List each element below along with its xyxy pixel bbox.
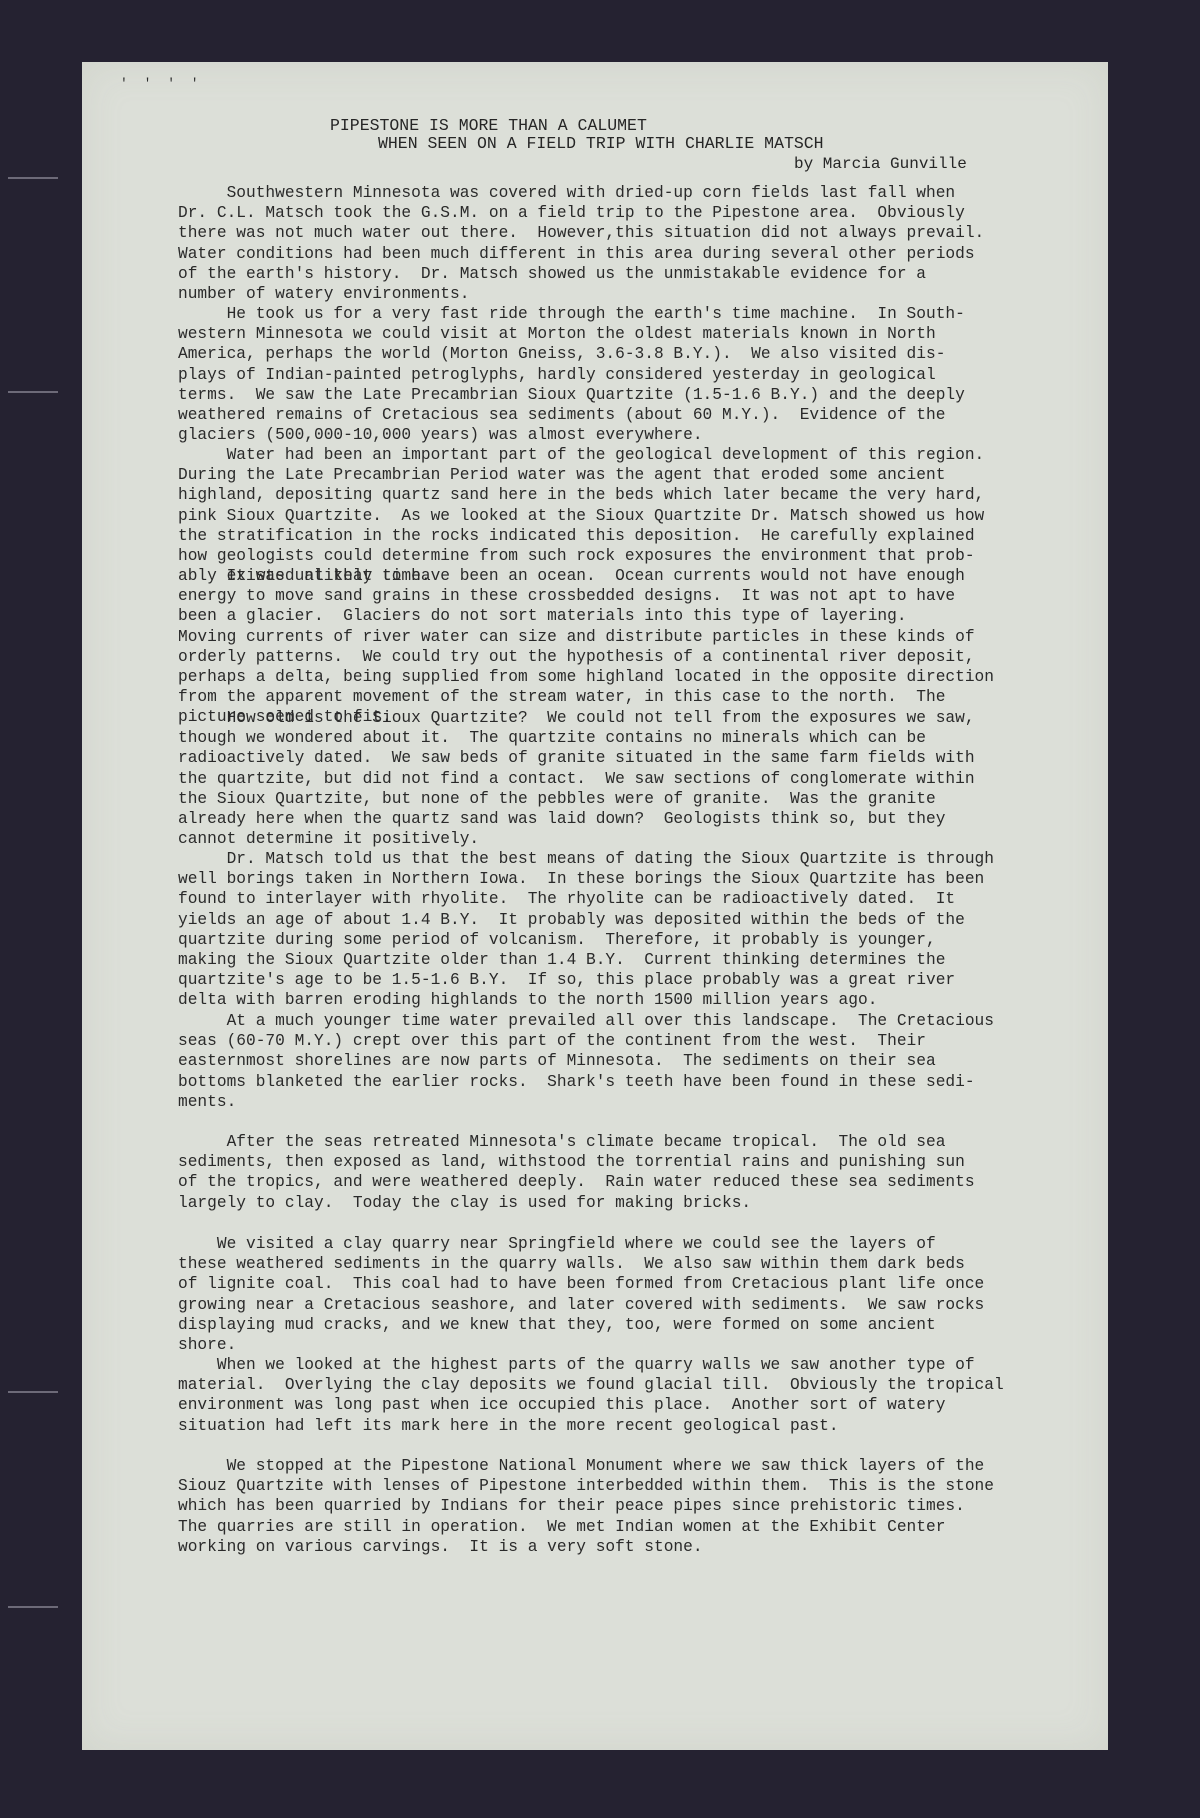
paragraph-line: Water had been an important part of the …: [178, 445, 984, 465]
paragraph-line: the stratification in the rocks indicate…: [178, 526, 975, 546]
paragraph-line: of the tropics, and were weathered deepl…: [178, 1172, 975, 1192]
paragraph-line: weathered remains of Cretacious sea sedi…: [178, 405, 945, 425]
paragraph-line: After the seas retreated Minnesota's cli…: [178, 1132, 945, 1152]
document-page: ' ' ' ' PIPESTONE IS MORE THAN A CALUMET…: [82, 62, 1108, 1750]
film-edge-mark: [8, 177, 58, 179]
paragraph-line: easternmost shorelines are now parts of …: [178, 1051, 936, 1071]
paragraph-line: found to interlayer with rhyolite. The r…: [178, 889, 955, 909]
paragraph-line: Moving currents of river water can size …: [178, 627, 975, 647]
paragraph-line: At a much younger time water prevailed a…: [178, 1011, 994, 1031]
paragraph-line: bottoms blanketed the earlier rocks. Sha…: [178, 1072, 975, 1092]
paragraph-line: Siouz Quartzite with lenses of Pipestone…: [178, 1476, 994, 1496]
film-edge-mark: [8, 1606, 58, 1608]
paragraph-line: perhaps a delta, being supplied from som…: [178, 667, 994, 687]
paragraph-line: pink Sioux Quartzite. As we looked at th…: [178, 506, 984, 526]
paragraph-line: Dr. C.L. Matsch took the G.S.M. on a fie…: [178, 203, 965, 223]
paragraph-line: glaciers (500,000-10,000 years) was almo…: [178, 425, 703, 445]
paragraph-line: making the Sioux Quartzite older than 1.…: [178, 950, 945, 970]
paragraph-line: We stopped at the Pipestone National Mon…: [178, 1456, 984, 1476]
film-edge-mark: [8, 1391, 58, 1393]
byline: by Marcia Gunville: [794, 154, 967, 174]
paragraph-line: seas (60-70 M.Y.) crept over this part o…: [178, 1031, 926, 1051]
paragraph-line: cannot determine it positively.: [178, 829, 479, 849]
paragraph-line: yields an age of about 1.4 B.Y. It proba…: [178, 910, 965, 930]
title-line-2: WHEN SEEN ON A FIELD TRIP WITH CHARLIE M…: [378, 134, 824, 154]
paragraph-line: shore.: [178, 1335, 236, 1355]
paragraph-line: sediments, then exposed as land, withsto…: [178, 1152, 965, 1172]
paragraph-line: the Sioux Quartzite, but none of the peb…: [178, 789, 936, 809]
paragraph-line: working on various carvings. It is a ver…: [178, 1537, 703, 1557]
paragraph-line: He took us for a very fast ride through …: [178, 304, 965, 324]
film-edge-mark: [8, 391, 58, 393]
paragraph-line: situation had left its mark here in the …: [178, 1416, 839, 1436]
paragraph-line: growing near a Cretacious seashore, and …: [178, 1295, 984, 1315]
paragraph-line: number of watery environments.: [178, 284, 469, 304]
paragraph-line: Southwestern Minnesota was covered with …: [178, 183, 955, 203]
paragraph-line: ments.: [178, 1092, 236, 1112]
paragraph-line: delta with barren eroding highlands to t…: [178, 990, 877, 1010]
paragraph-line: orderly patterns. We could try out the h…: [178, 647, 975, 667]
paragraph-line: When we looked at the highest parts of t…: [178, 1355, 975, 1375]
paragraph-line: plays of Indian-painted petroglyphs, har…: [178, 365, 936, 385]
paragraph-line: displaying mud cracks, and we knew that …: [178, 1315, 936, 1335]
paragraph-line: from the apparent movement of the stream…: [178, 687, 945, 707]
paragraph-line: material. Overlying the clay deposits we…: [178, 1375, 1004, 1395]
paragraph-line: terms. We saw the Late Precambrian Sioux…: [178, 385, 965, 405]
paragraph-line: of lignite coal. This coal had to have b…: [178, 1274, 984, 1294]
paragraph-line: though we wondered about it. The quartzi…: [178, 728, 926, 748]
paragraph-line: been a glacier. Glaciers do not sort mat…: [178, 606, 907, 626]
paragraph-line: environment was long past when ice occup…: [178, 1395, 945, 1415]
title-line-1: PIPESTONE IS MORE THAN A CALUMET: [330, 116, 647, 136]
paragraph-line: already here when the quartz sand was la…: [178, 809, 945, 829]
paragraph-line: quartzite's age to be 1.5-1.6 B.Y. If so…: [178, 970, 955, 990]
paragraph-line: It was unlikely to have been an ocean. O…: [178, 566, 965, 586]
paragraph-line: Dr. Matsch told us that the best means o…: [178, 849, 994, 869]
paragraph-line: these weathered sediments in the quarry …: [178, 1254, 965, 1274]
paragraph-line: We visited a clay quarry near Springfiel…: [178, 1234, 936, 1254]
header-marks: ' ' ' ': [120, 76, 203, 91]
paragraph-line: largely to clay. Today the clay is used …: [178, 1193, 751, 1213]
paragraph-line: The quarries are still in operation. We …: [178, 1517, 945, 1537]
paragraph-line: the quartzite, but did not find a contac…: [178, 769, 975, 789]
paragraph-line: During the Late Precambrian Period water…: [178, 465, 945, 485]
paragraph-line: there was not much water out there. Howe…: [178, 223, 984, 243]
paragraph-line: of the earth's history. Dr. Matsch showe…: [178, 264, 926, 284]
paragraph-line: western Minnesota we could visit at Mort…: [178, 324, 936, 344]
paragraph-line: Water conditions had been much different…: [178, 244, 975, 264]
paragraph-line: how geologists could determine from such…: [178, 546, 975, 566]
paragraph-line: well borings taken in Northern Iowa. In …: [178, 869, 984, 889]
paragraph-line: which has been quarried by Indians for t…: [178, 1496, 965, 1516]
paragraph-line: How old is the Sioux Quartzite? We could…: [178, 708, 975, 728]
paragraph-line: radioactively dated. We saw beds of gran…: [178, 748, 975, 768]
paragraph-line: quartzite during some period of volcanis…: [178, 930, 936, 950]
paragraph-line: energy to move sand grains in these cros…: [178, 586, 955, 606]
paragraph-line: America, perhaps the world (Morton Gneis…: [178, 344, 945, 364]
paragraph-line: highland, depositing quartz sand here in…: [178, 485, 984, 505]
